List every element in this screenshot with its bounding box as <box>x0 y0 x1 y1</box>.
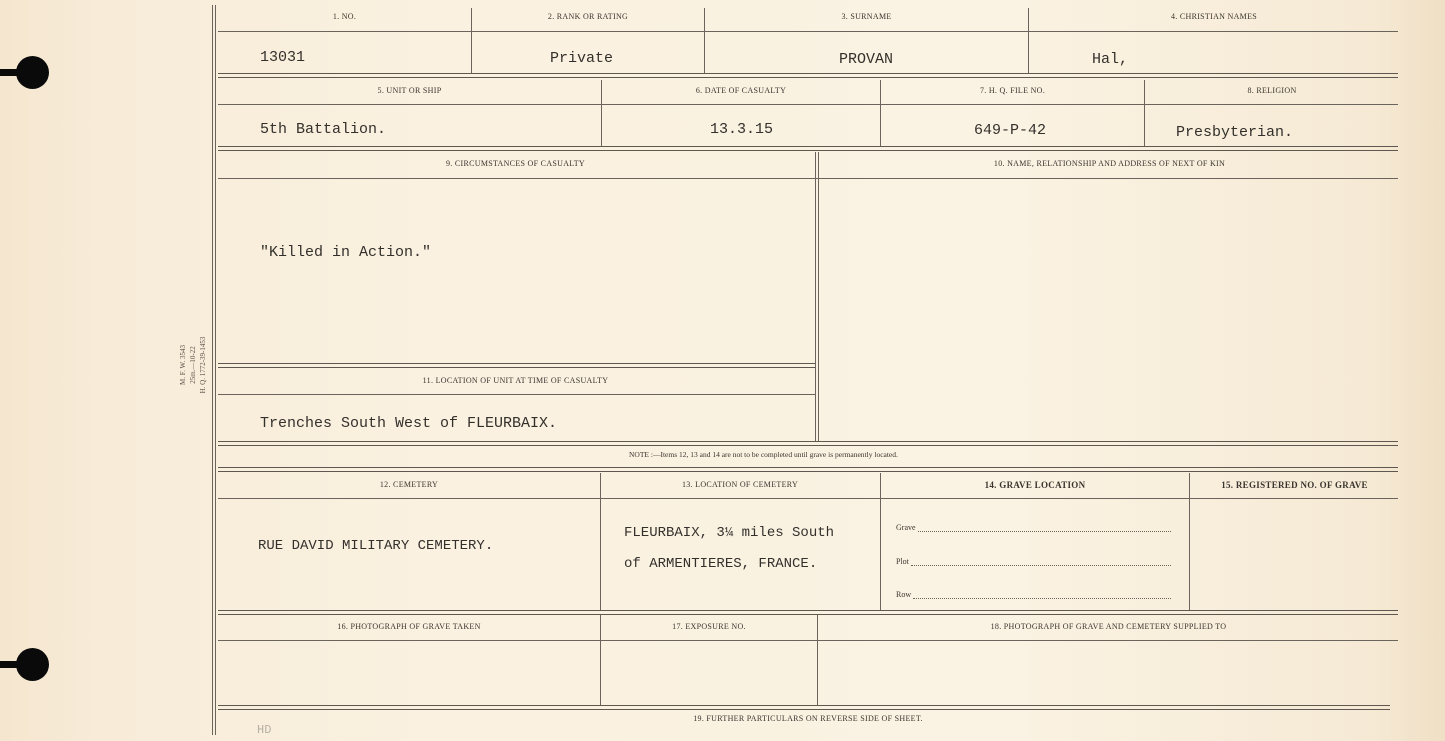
note-text: NOTE :—Items 12, 13 and 14 are not to be… <box>629 450 898 459</box>
value-surname: PROVAN <box>839 51 893 68</box>
divider <box>600 615 601 705</box>
label-no: 1. No. <box>218 12 471 21</box>
label-circumstances: 9. Circumstances of Casualty <box>218 159 813 168</box>
label-photograph-taken: 16. Photograph of Grave Taken <box>218 622 600 631</box>
divider <box>880 473 881 610</box>
label-christian-names: 4. Christian Names <box>1029 12 1399 21</box>
form-left-border <box>215 5 216 735</box>
divider <box>1028 8 1029 73</box>
row-field-label: Row <box>896 590 911 599</box>
label-location-of-unit: 11. Location of Unit at Time of Casualty <box>218 376 813 385</box>
divider <box>218 610 1398 615</box>
label-surname: 3. Surname <box>705 12 1028 21</box>
label-location-of-cemetery: 13. Location of Cemetery <box>601 480 879 489</box>
plot-field-label: Plot <box>896 557 909 566</box>
binder-hole-bottom <box>16 648 49 681</box>
label-religion: 8. Religion <box>1145 86 1399 95</box>
label-cemetery: 12. Cemetery <box>218 480 600 489</box>
divider <box>218 640 1398 641</box>
divider <box>815 152 816 442</box>
divider <box>817 615 818 705</box>
grave-field-label: Grave <box>896 523 916 532</box>
label-unit: 5. Unit or Ship <box>218 86 601 95</box>
value-circumstances: "Killed in Action." <box>260 244 431 261</box>
value-no: 13031 <box>260 49 305 66</box>
label-registered-no: 15. Registered No. of Grave <box>1190 480 1399 490</box>
value-cemetery: RUE DAVID MILITARY CEMETERY. <box>258 538 493 554</box>
plot-field: Plot <box>896 557 1171 566</box>
row-field: Row <box>896 590 1171 599</box>
divider <box>818 152 819 442</box>
plot-field-line <box>911 559 1171 566</box>
label-photograph-supplied: 18. Photograph of Grave and Cemetery Sup… <box>818 622 1399 631</box>
label-exposure-no: 17. Exposure No. <box>601 622 817 631</box>
value-hq-file: 649-P-42 <box>974 122 1046 139</box>
divider <box>218 73 1398 78</box>
divider <box>218 394 815 395</box>
divider <box>704 8 705 73</box>
divider <box>218 363 815 368</box>
grave-field: Grave <box>896 523 1171 532</box>
divider <box>1189 473 1190 610</box>
divider <box>218 178 1398 179</box>
value-cemetery-location-line2: of ARMENTIERES, FRANCE. <box>624 556 817 572</box>
divider <box>1144 80 1145 146</box>
value-rank: Private <box>550 50 613 67</box>
value-christian-names: Hal, <box>1092 51 1128 68</box>
divider <box>218 498 1398 499</box>
initials-stamp: HD <box>257 723 271 737</box>
label-rank: 2. Rank or Rating <box>472 12 704 21</box>
row-field-line <box>913 592 1171 599</box>
stamp-line: H. Q. 1772-39-1453 <box>198 337 208 394</box>
form-left-border <box>212 5 213 735</box>
footer-text: 19. Further Particulars on Reverse Side … <box>218 714 1398 723</box>
label-next-of-kin: 10. Name, Relationship and Address of Ne… <box>820 159 1399 168</box>
grave-field-line <box>918 525 1171 532</box>
label-date: 6. Date of Casualty <box>602 86 880 95</box>
divider <box>218 31 1398 32</box>
divider <box>471 8 472 73</box>
divider <box>880 80 881 146</box>
divider <box>600 473 601 610</box>
stamp-line: 25m.—10-22 <box>188 346 198 384</box>
value-date: 13.3.15 <box>710 121 773 138</box>
divider <box>218 467 1398 472</box>
divider <box>218 146 1398 151</box>
value-cemetery-location-line1: FLEURBAIX, 3¼ miles South <box>624 525 834 541</box>
label-hq-file: 7. H. Q. File No. <box>881 86 1144 95</box>
divider <box>601 80 602 146</box>
divider <box>218 705 1390 710</box>
divider <box>218 441 1398 446</box>
value-location-of-unit: Trenches South West of FLEURBAIX. <box>260 415 557 432</box>
value-unit: 5th Battalion. <box>260 121 386 138</box>
divider <box>218 104 1398 105</box>
binder-hole-top <box>16 56 49 89</box>
label-grave-location: 14. Grave Location <box>881 480 1189 490</box>
value-religion: Presbyterian. <box>1176 124 1293 141</box>
stamp-line: M. F. W. 3543 <box>178 345 188 385</box>
